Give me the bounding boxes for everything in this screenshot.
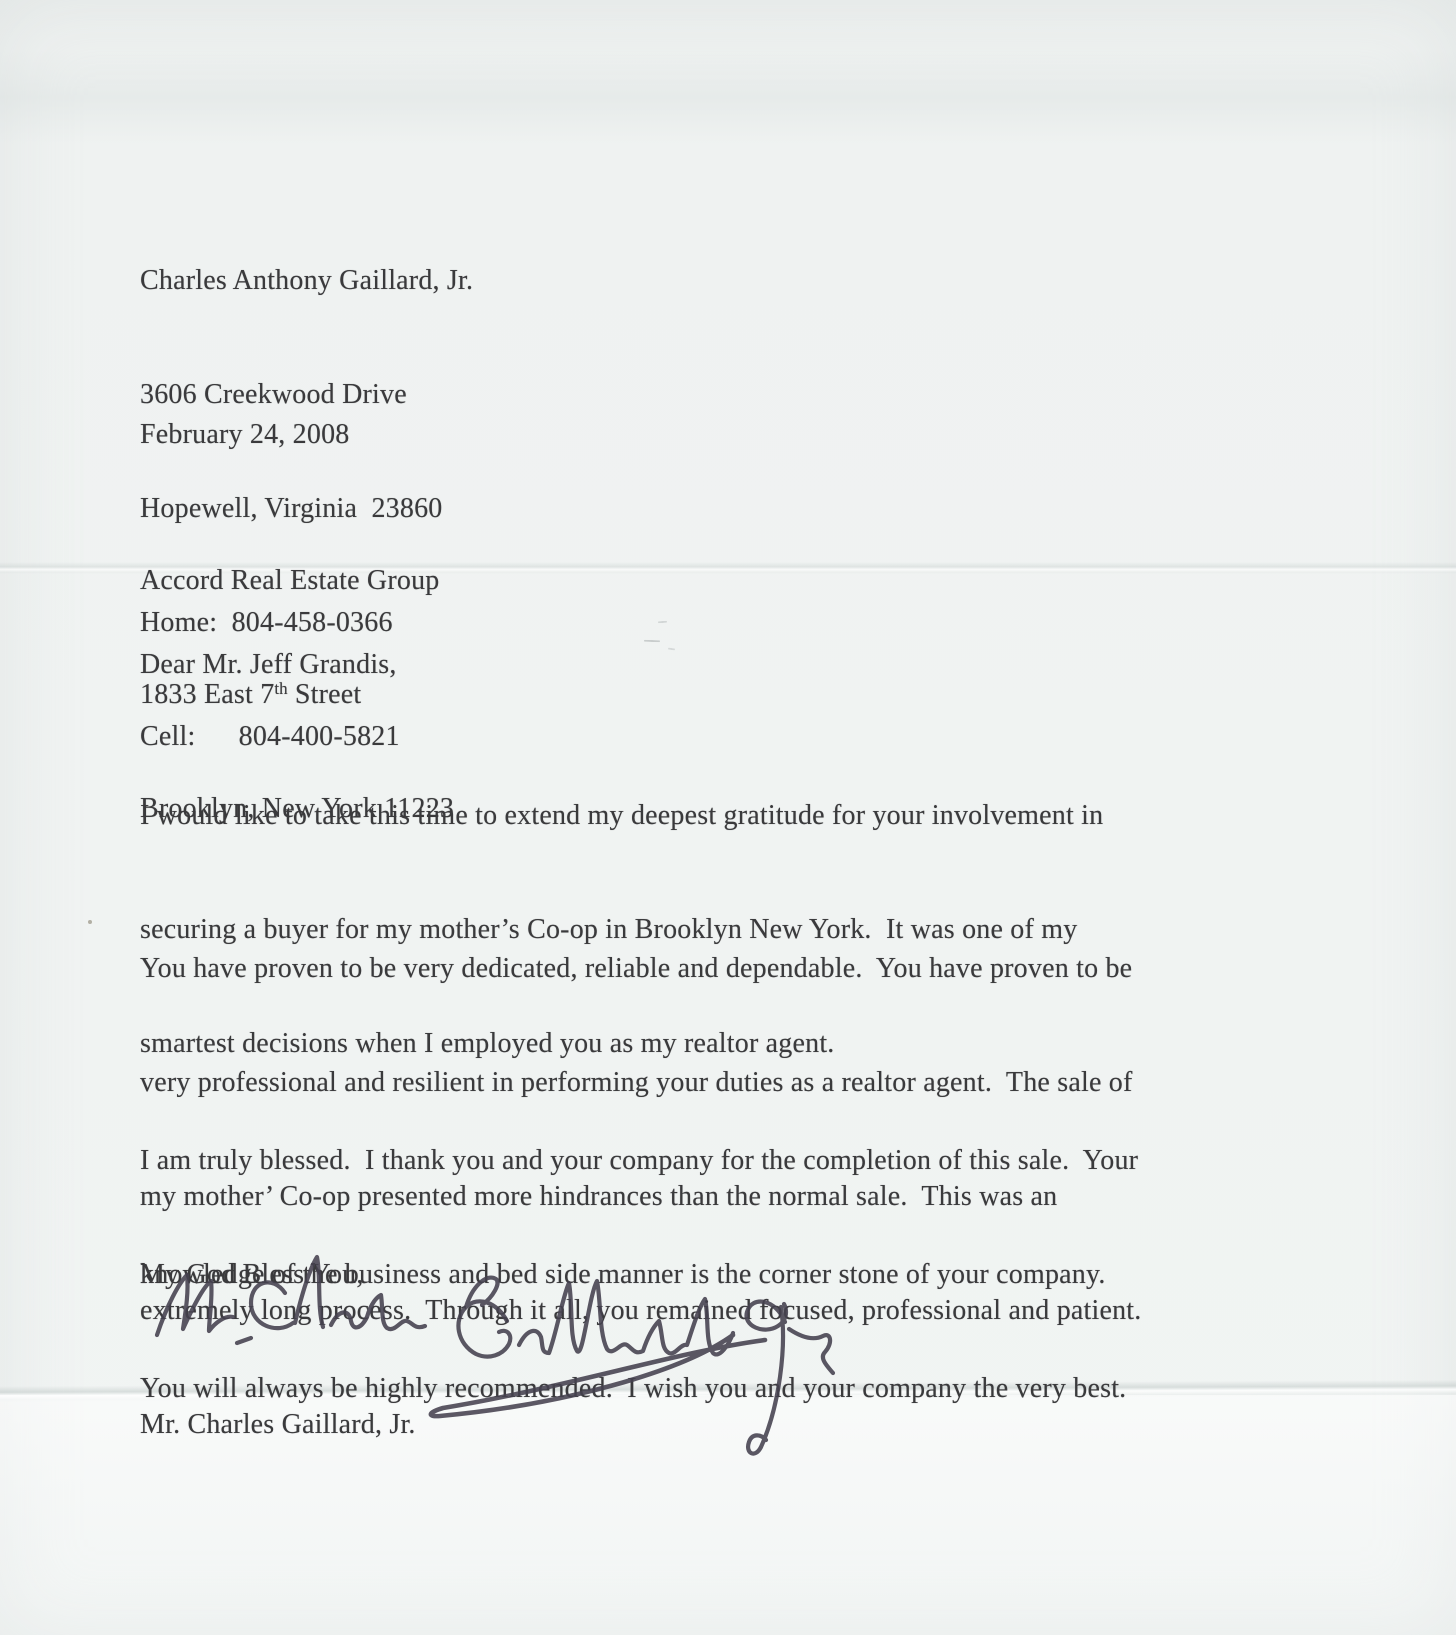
paragraph-line: You have proven to be very dedicated, re… bbox=[140, 950, 1141, 988]
salutation: Dear Mr. Jeff Grandis, bbox=[140, 646, 397, 684]
smudge-dash bbox=[668, 648, 675, 651]
smudge-dash bbox=[644, 640, 660, 643]
smudge-dash bbox=[658, 621, 667, 624]
scanned-letter-page: Charles Anthony Gaillard, Jr. 3606 Creek… bbox=[0, 0, 1456, 1635]
recipient-org: Accord Real Estate Group bbox=[140, 562, 454, 600]
paragraph-line: I am truly blessed. I thank you and your… bbox=[140, 1142, 1138, 1180]
signature-ink-strokes bbox=[135, 1225, 895, 1475]
paper-speck bbox=[88, 920, 92, 924]
handwritten-signature: Mr. Charles Gaillard Jr bbox=[135, 1225, 895, 1475]
paper-shading bbox=[0, 50, 1456, 145]
sender-street: 3606 Creekwood Drive bbox=[140, 376, 473, 414]
letter-date: February 24, 2008 bbox=[140, 416, 349, 454]
paragraph-line: I would like to take this time to extend… bbox=[140, 797, 1103, 835]
sender-name: Charles Anthony Gaillard, Jr. bbox=[140, 262, 473, 300]
